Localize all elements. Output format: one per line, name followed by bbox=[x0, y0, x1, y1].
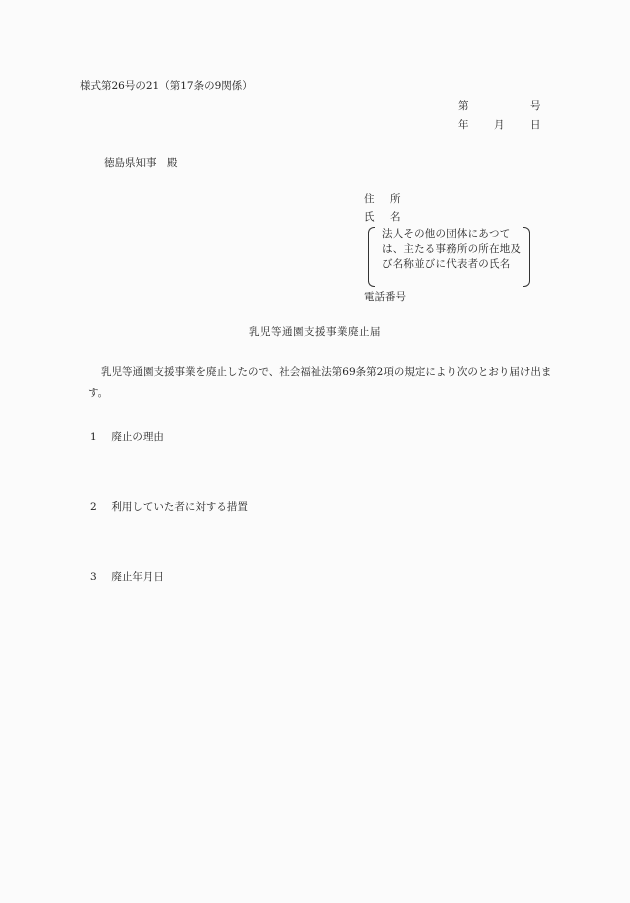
date-year: 年 bbox=[458, 119, 469, 133]
date-day: 日 bbox=[530, 119, 541, 133]
section-number: 1 bbox=[90, 431, 108, 445]
section-2: 2 利用していた者に対する措置 bbox=[90, 501, 248, 515]
section-number: 3 bbox=[90, 571, 108, 585]
date-month: 月 bbox=[494, 119, 505, 133]
corporation-note: 法人その他の団体にあつては、主たる事務所の所在地及び名称並びに代表者の氏名 bbox=[368, 227, 530, 287]
doc-number-prefix: 第 bbox=[458, 100, 469, 114]
section-1: 1 廃止の理由 bbox=[90, 431, 164, 445]
document-title: 乳児等通園支援事業廃止届 bbox=[0, 326, 630, 340]
phone-label: 電話番号 bbox=[364, 291, 406, 305]
section-label: 廃止年月日 bbox=[111, 571, 164, 583]
doc-number-suffix: 号 bbox=[530, 100, 541, 114]
form-number: 様式第26号の21（第17条の9関係） bbox=[80, 80, 253, 94]
section-label: 利用していた者に対する措置 bbox=[111, 501, 248, 513]
bracket-right bbox=[523, 227, 530, 287]
bracket-left bbox=[368, 227, 375, 287]
addressee: 徳島県知事 殿 bbox=[104, 157, 178, 171]
body-text: 乳児等通園支援事業を廃止したので、社会福祉法第69条第2項の規定により次のとおり… bbox=[88, 362, 554, 404]
section-3: 3 廃止年月日 bbox=[90, 571, 164, 585]
corporation-note-text: 法人その他の団体にあつては、主たる事務所の所在地及び名称並びに代表者の氏名 bbox=[382, 227, 524, 272]
section-number: 2 bbox=[90, 501, 108, 515]
section-label: 廃止の理由 bbox=[111, 431, 164, 443]
